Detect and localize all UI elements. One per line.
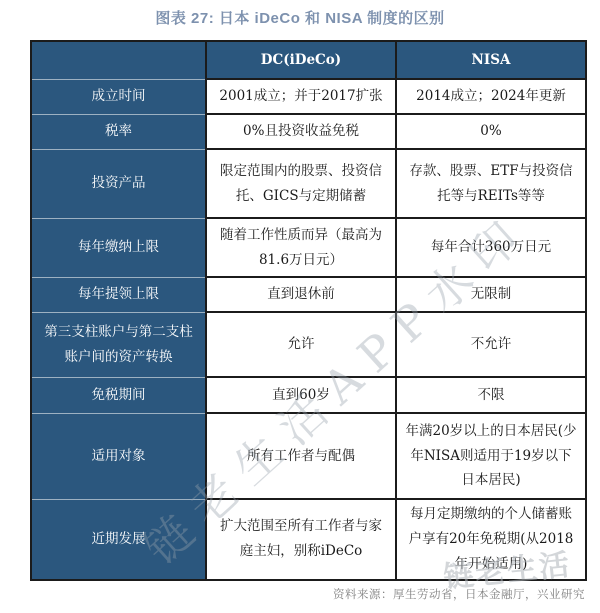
cell-nisa: 2014成立；2024年更新 <box>396 79 586 114</box>
row-label: 近期发展 <box>31 499 206 580</box>
table-body: 成立时间2001成立；并于2017扩张2014成立；2024年更新税率0%且投资… <box>31 79 586 580</box>
row-label: 每年提领上限 <box>31 277 206 312</box>
table-row: 成立时间2001成立；并于2017扩张2014成立；2024年更新 <box>31 79 586 114</box>
row-label: 成立时间 <box>31 79 206 114</box>
cell-dc-ideco: 允许 <box>206 312 396 377</box>
table-row: 每年提领上限直到退休前无限制 <box>31 277 586 312</box>
table-row: 适用对象所有工作者与配偶年满20岁以上的日本居民(少年NISA则适用于19岁以下… <box>31 413 586 499</box>
figure-title: 图表 27: 日本 iDeCo 和 NISA 制度的区别 <box>0 7 600 28</box>
row-label: 适用对象 <box>31 413 206 499</box>
cell-dc-ideco: 直到退休前 <box>206 277 396 312</box>
row-label: 税率 <box>31 114 206 149</box>
cell-nisa: 每年合计360万日元 <box>396 218 586 277</box>
table-row: 投资产品限定范围内的股票、投资信托、GICS与定期储蓄存款、股票、ETF与投资信… <box>31 149 586 218</box>
table-row: 税率0%且投资收益免税0% <box>31 114 586 149</box>
cell-nisa: 不允许 <box>396 312 586 377</box>
row-label: 免税期间 <box>31 377 206 413</box>
row-label: 第三支柱账户与第二支柱账户间的资产转换 <box>31 312 206 377</box>
cell-dc-ideco: 随着工作性质而异（最高为81.6万日元） <box>206 218 396 277</box>
cell-dc-ideco: 所有工作者与配偶 <box>206 413 396 499</box>
table-row: 第三支柱账户与第二支柱账户间的资产转换允许不允许 <box>31 312 586 377</box>
row-label: 每年缴纳上限 <box>31 218 206 277</box>
cell-nisa: 年满20岁以上的日本居民(少年NISA则适用于19岁以下日本居民) <box>396 413 586 499</box>
cell-nisa: 0% <box>396 114 586 149</box>
cell-nisa: 每月定期缴纳的个人储蓄账户享有20年免税期(从2018年开始适用) <box>396 499 586 580</box>
row-label: 投资产品 <box>31 149 206 218</box>
cell-dc-ideco: 0%且投资收益免税 <box>206 114 396 149</box>
header-dc-ideco: DC(iDeCo) <box>206 41 396 79</box>
table-row: 近期发展扩大范围至所有工作者与家庭主妇，别称iDeCo每月定期缴纳的个人储蓄账户… <box>31 499 586 580</box>
comparison-table: DC(iDeCo) NISA 成立时间2001成立；并于2017扩张2014成立… <box>30 40 587 581</box>
cell-dc-ideco: 限定范围内的股票、投资信托、GICS与定期储蓄 <box>206 149 396 218</box>
cell-nisa: 无限制 <box>396 277 586 312</box>
table-row: 每年缴纳上限随着工作性质而异（最高为81.6万日元）每年合计360万日元 <box>31 218 586 277</box>
table-header-row: DC(iDeCo) NISA <box>31 41 586 79</box>
cell-dc-ideco: 直到60岁 <box>206 377 396 413</box>
cell-dc-ideco: 2001成立；并于2017扩张 <box>206 79 396 114</box>
source-note: 资料来源：厚生劳动省，日本金融厅，兴业研究 <box>333 586 585 602</box>
header-nisa: NISA <box>396 41 586 79</box>
cell-nisa: 不限 <box>396 377 586 413</box>
table-row: 免税期间直到60岁不限 <box>31 377 586 413</box>
cell-dc-ideco: 扩大范围至所有工作者与家庭主妇，别称iDeCo <box>206 499 396 580</box>
cell-nisa: 存款、股票、ETF与投资信托等与REITs等等 <box>396 149 586 218</box>
header-corner-cell <box>31 41 206 79</box>
